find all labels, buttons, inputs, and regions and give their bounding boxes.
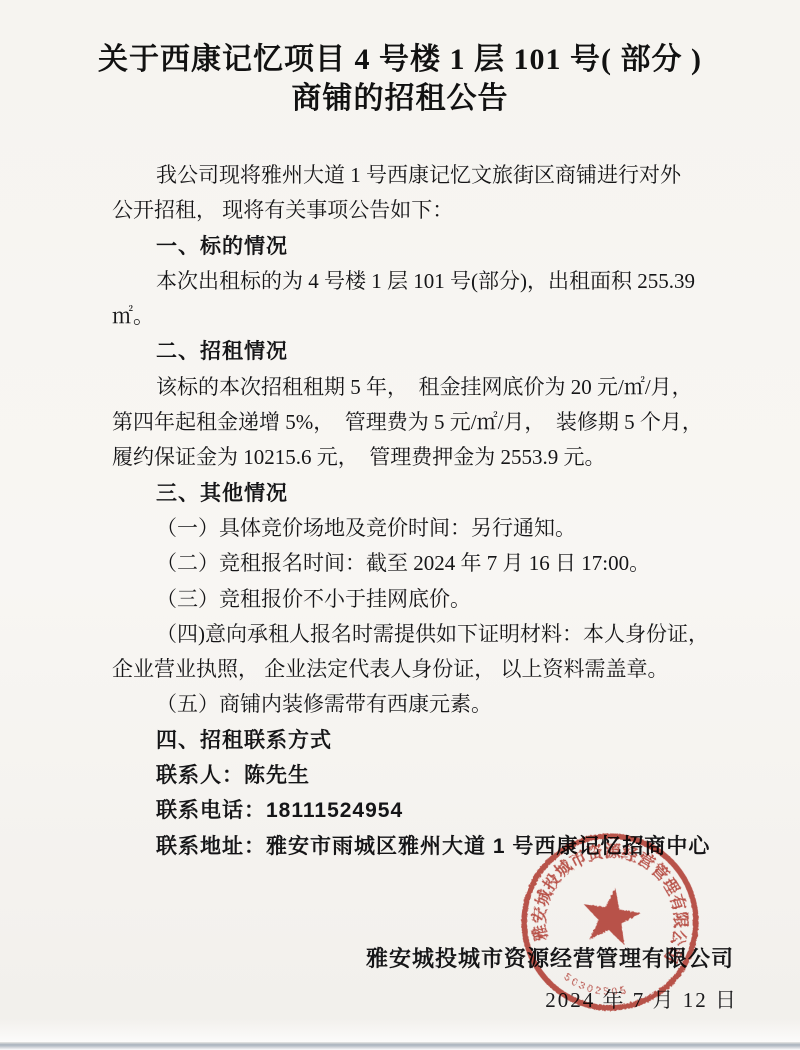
body-line: 公开招租， 现将有关事项公告如下：	[112, 193, 752, 228]
title-line-2: 商铺的招租公告	[0, 79, 800, 118]
body-line: （一）具体竞价场地及竞价时间：另行通知。	[112, 511, 752, 546]
page-bottom-edge	[0, 1042, 800, 1050]
document-title: 关于西康记忆项目 4 号楼 1 层 101 号( 部分 ) 商铺的招租公告	[0, 40, 800, 118]
body-line: （四)意向承租人报名时需提供如下证明材料：本人身份证，	[112, 617, 752, 652]
body-line: 二、招租情况	[112, 334, 752, 369]
body-line: 四、招租联系方式	[112, 723, 752, 758]
body-line: 履约保证金为 10215.6 元， 管理费押金为 2553.9 元。	[112, 440, 752, 475]
document-page: 关于西康记忆项目 4 号楼 1 层 101 号( 部分 ) 商铺的招租公告 我公…	[0, 0, 800, 1050]
document-body: 我公司现将雅州大道 1 号西康记忆文旅街区商铺进行对外公开招租， 现将有关事项公…	[112, 158, 752, 864]
body-line: ㎡。	[112, 299, 752, 334]
signature-company: 雅安城投城市资源经营管理有限公司	[0, 944, 734, 974]
body-line: （五）商铺内装修需带有西康元素。	[112, 687, 752, 722]
body-line: 联系电话：18111524954	[112, 793, 752, 828]
body-line: 该标的本次招租租期 5 年， 租金挂网底价为 20 元/㎡/月，	[112, 370, 752, 405]
body-line: 三、其他情况	[112, 476, 752, 511]
body-line: 第四年起租金递增 5%， 管理费为 5 元/㎡/月， 装修期 5 个月，	[112, 405, 752, 440]
body-line: 本次出租标的为 4 号楼 1 层 101 号(部分)，出租面积 255.39	[112, 264, 752, 299]
body-line: 联系人：陈先生	[112, 758, 752, 793]
body-line: 联系地址：雅安市雨城区雅州大道 1 号西康记忆招商中心	[112, 829, 752, 864]
seal-star-icon	[578, 884, 643, 947]
title-line-1: 关于西康记忆项目 4 号楼 1 层 101 号( 部分 )	[0, 40, 800, 79]
body-line: 企业营业执照， 企业法定代表人身份证， 以上资料需盖章。	[112, 652, 752, 687]
body-line: （二）竞租报名时间：截至 2024 年 7 月 16 日 17:00。	[112, 546, 752, 581]
body-line: 我公司现将雅州大道 1 号西康记忆文旅街区商铺进行对外	[112, 158, 752, 193]
body-line: （三）竞租报价不小于挂网底价。	[112, 582, 752, 617]
body-line: 一、标的情况	[112, 229, 752, 264]
signature-date: 2024 年 7 月 12 日	[0, 986, 738, 1014]
